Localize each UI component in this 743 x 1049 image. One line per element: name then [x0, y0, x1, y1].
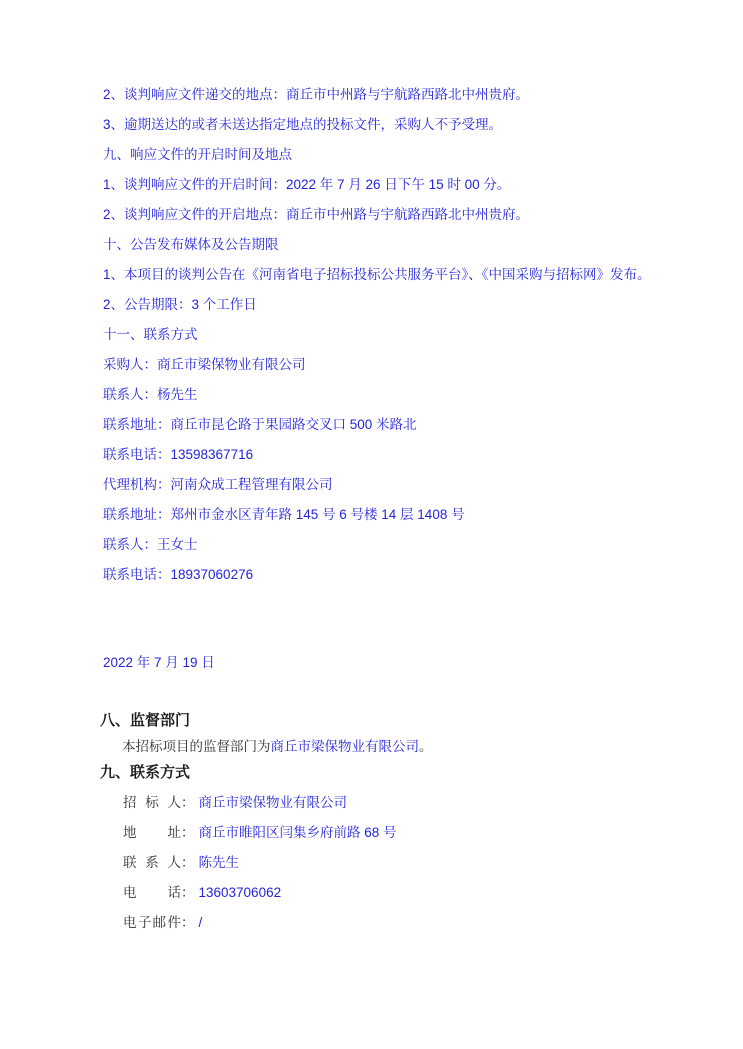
supervision-heading: 八、监督部门: [100, 708, 743, 734]
contact-row: 联系人：陈先生: [123, 848, 743, 878]
notice-paragraph: 3、逾期送达的或者未送达指定地点的投标文件，采购人不予受理。: [103, 110, 723, 140]
notice-paragraph: 联系地址：郑州市金水区青年路 145 号 6 号楼 14 层 1408 号: [103, 500, 723, 530]
contact-row: 招标人：商丘市梁保物业有限公司: [123, 788, 743, 818]
contact-colon: ：: [181, 855, 195, 870]
notice-paragraph: 十、公告发布媒体及公告期限: [103, 230, 723, 260]
contact-label: 电子邮件: [123, 908, 181, 938]
notice-body: 2、谈判响应文件递交的地点：商丘市中州路与宇航路西路北中州贵府。3、逾期送达的或…: [0, 0, 743, 590]
contact-label: 招标人: [123, 788, 181, 818]
contact-value: 13603706062: [199, 885, 282, 900]
notice-paragraph: 1、本项目的谈判公告在《河南省电子招标投标公共服务平台》、《中国采购与招标网》发…: [103, 260, 723, 290]
document-page: 2、谈判响应文件递交的地点：商丘市中州路与宇航路西路北中州贵府。3、逾期送达的或…: [0, 0, 743, 1049]
contact-colon: ：: [181, 795, 195, 810]
contact-label: 地址: [123, 818, 181, 848]
notice-paragraph: 2、谈判响应文件递交的地点：商丘市中州路与宇航路西路北中州贵府。: [103, 80, 723, 110]
notice-paragraph: 联系电话：18937060276: [103, 560, 723, 590]
contact-list: 招标人：商丘市梁保物业有限公司地址：商丘市睢阳区闫集乡府前路 68 号联系人：陈…: [123, 788, 743, 938]
contact-label: 电话: [123, 878, 181, 908]
contact-colon: ：: [181, 915, 195, 930]
contact-value: 陈先生: [199, 855, 240, 870]
notice-paragraph: 2、公告期限：3 个工作日: [103, 290, 723, 320]
notice-paragraph: 联系电话：13598367716: [103, 440, 723, 470]
contact-colon: ：: [181, 885, 195, 900]
contact-label: 联系人: [123, 848, 181, 878]
contact-colon: ：: [181, 825, 195, 840]
notice-paragraph: 联系地址：商丘市昆仑路于果园路交叉口 500 米路北: [103, 410, 723, 440]
notice-paragraph: 九、响应文件的开启时间及地点: [103, 140, 723, 170]
notice-paragraph: 2、谈判响应文件的开启地点：商丘市中州路与宇航路西路北中州贵府。: [103, 200, 723, 230]
notice-paragraph: 十一、联系方式: [103, 320, 723, 350]
supervision-body-suffix: 。: [419, 739, 433, 754]
contact-row: 电话：13603706062: [123, 878, 743, 908]
supervision-body-prefix: 本招标项目的监督部门为: [122, 739, 271, 754]
supervision-body: 本招标项目的监督部门为商丘市梁保物业有限公司。: [122, 734, 743, 760]
contact-row: 地址：商丘市睢阳区闫集乡府前路 68 号: [123, 818, 743, 848]
notice-date: 2022 年 7 月 19 日: [103, 648, 743, 678]
notice-paragraph: 1、谈判响应文件的开启时间：2022 年 7 月 26 日下午 15 时 00 …: [103, 170, 723, 200]
contact-value: /: [199, 915, 203, 930]
contact-value: 商丘市睢阳区闫集乡府前路 68 号: [199, 825, 397, 840]
notice-paragraph: 代理机构：河南众成工程管理有限公司: [103, 470, 723, 500]
supervision-body-value: 商丘市梁保物业有限公司: [271, 739, 420, 754]
notice-paragraph: 联系人：王女士: [103, 530, 723, 560]
notice-paragraph: 采购人：商丘市梁保物业有限公司: [103, 350, 723, 380]
notice-paragraph: 联系人：杨先生: [103, 380, 723, 410]
contact-heading: 九、联系方式: [100, 760, 743, 786]
contact-row: 电子邮件：/: [123, 908, 743, 938]
contact-value: 商丘市梁保物业有限公司: [199, 795, 348, 810]
